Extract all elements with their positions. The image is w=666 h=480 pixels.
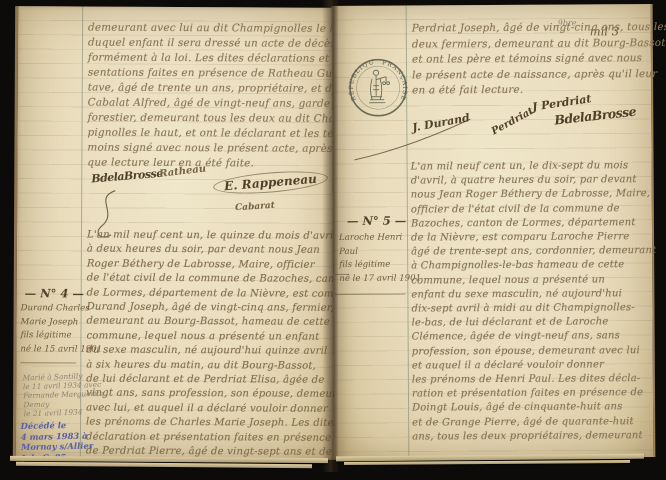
handwritten-line: commune, lequel nous a présenté un [411, 273, 649, 289]
act-5-number-label: — N° 5 — [347, 214, 406, 228]
handwritten-line: en a été fait lecture. [412, 82, 646, 99]
handwritten-line: déclaration et présentation faites en pr… [86, 430, 336, 446]
book-gutter-shadow [322, 0, 338, 472]
handwritten-line: L'an mil neuf cent un, le dix-sept du mo… [411, 159, 649, 175]
handwritten-line: le présent acte de naissance, après qu'i… [412, 67, 646, 84]
handwritten-line: dix-sept avril à midi au dit Champignoll… [411, 301, 649, 317]
handwritten-line: Clémence, âgée de vingt-neuf ans, sans [412, 329, 650, 345]
signature-rappeneau: E. Rappeneau [212, 168, 328, 197]
handwritten-line: deux fermiers, demeurant au dit Bourg-Ba… [412, 36, 646, 53]
act-4-text: L'an mil neuf cent un, le quinze du mois… [86, 229, 337, 461]
handwritten-line: fils légitime [339, 259, 401, 273]
handwritten-line: et auquel il a déclaré vouloir donner [412, 358, 650, 374]
signature-underline-flourish [352, 113, 472, 164]
act-3-closing-text: demeurant avec lui au dit Champignolles … [87, 21, 338, 172]
handwritten-line: de l'état civil de la commune de Bazoche… [87, 272, 337, 288]
handwritten-line: commune, lequel nous a présenté un enfan… [86, 329, 336, 345]
handwritten-line: Fernande Marguerite [23, 389, 83, 400]
handwritten-line: formément à la loi. Les dites déclaratio… [88, 51, 338, 67]
handwritten-line: Paul [339, 245, 401, 259]
act-4-closing-text: Perdriat Joseph, âgé de vingt-cinq ans, … [412, 20, 646, 99]
handwritten-line: les prénoms de Henri Paul. Les dites déc… [412, 372, 650, 388]
handwritten-line: ans, tous les deux propriétaires, demeur… [412, 429, 650, 445]
act-4-number-label: — N° 4 — [25, 286, 84, 300]
republique-francaise-stamp: RÉPUBLIQUE FRANÇAISE [346, 56, 410, 120]
handwritten-line: profession, son épouse, demeurant avec l… [412, 344, 650, 360]
stamp-figure [369, 70, 390, 103]
act-5-margin-name: Laroche HenriPaulfils légitimené le 17 a… [339, 232, 401, 286]
handwritten-line: Bazoches, canton de Lormes, département [411, 216, 649, 232]
handwritten-line: et de Grange Pierre, âgé de quarante-hui… [412, 415, 650, 431]
handwritten-line: L'an mil neuf cent un, le quinze du mois… [87, 229, 337, 245]
act-4-margin-name: Durand CharlesMarie Josephfils légitimen… [20, 302, 82, 356]
page-stack-edge [344, 460, 630, 465]
handwritten-line: demeurant au Bourg-Bassot, hameau de cet… [86, 315, 336, 331]
register-photo: demeurant avec lui au dit Champignolles … [0, 0, 666, 480]
handwritten-line: nous Jean Roger Béthery de Labrosse, Mai… [411, 187, 649, 203]
handwritten-line: Durand Charles [21, 302, 83, 316]
handwritten-line: avec lui, et auquel il a déclaré vouloir… [86, 401, 336, 417]
handwritten-line: à six heures du matin, au dit Bourg-Bass… [86, 358, 336, 374]
margin-divider-line [20, 362, 76, 363]
margin-divider-line [335, 294, 405, 295]
handwritten-line: à deux heures du soir, par devant nous J… [87, 243, 337, 259]
signature-cabarat: Cabarat [235, 201, 275, 214]
signature-perdriat: Perdriat [490, 106, 536, 138]
handwritten-line: du sexe masculin, né aujourd'hui quinze … [86, 344, 336, 360]
right-register-page: 9bre mil 3 RÉPUBLIQUE FRANÇAISE [332, 4, 656, 459]
handwritten-line: Roger Béthery de Labrosse, Maire, offici… [87, 257, 337, 273]
handwritten-line: forestier, demeurant tous les deux au di… [88, 111, 338, 127]
handwritten-line: de Lormes, département de la Nièvre, est… [87, 286, 337, 302]
handwritten-line: vingt ans, sans profession, son épouse, … [86, 387, 336, 403]
handwritten-line: les prénoms de Charles Marie Joseph. Les… [86, 416, 336, 432]
handwritten-line: sentations faites en présence de Ratheau… [88, 66, 338, 82]
handwritten-line: Perdriat Joseph, âgé de vingt-cinq ans, … [412, 20, 646, 37]
handwritten-line: d'avril, à quatre heures du soir, par de… [411, 173, 649, 189]
handwritten-line: le 21 avril 1934 [24, 407, 84, 418]
handwritten-line: Laroche Henri [339, 232, 401, 246]
handwritten-line: moins signé avec nous le présent acte, a… [87, 141, 337, 157]
handwritten-line: officier de l'état civil de la commune d… [411, 202, 649, 218]
handwritten-line: Durand Joseph, âgé de vingt-cinq ans, fe… [87, 301, 337, 317]
act-5-text: L'an mil neuf cent un, le dix-sept du mo… [411, 159, 651, 445]
handwritten-line: âgé de trente-sept ans, cordonnier, deme… [411, 244, 649, 260]
handwritten-line: duquel enfant il sera dressé un acte de … [88, 36, 338, 52]
handwritten-line: Cabalat Alfred, âgé de vingt-neuf ans, g… [88, 96, 338, 112]
handwritten-line: de la Nièvre, est comparu Laroche Pierre [411, 230, 649, 246]
handwritten-line: demeurant avec lui au dit Champignolles … [88, 21, 338, 37]
handwritten-line: de lui déclarant et de Perdriat Elisa, â… [86, 373, 336, 389]
handwritten-line: enfant du sexe masculin, né aujourd'hui [411, 287, 649, 303]
handwritten-line: Mornay s/Allier [21, 441, 85, 453]
handwritten-line: Marie Joseph [20, 316, 82, 330]
handwritten-line: pignolles le haut, et ont le déclarant e… [87, 126, 337, 142]
handwritten-line: tave, âgé de trente un ans, propriétaire… [88, 81, 338, 97]
handwritten-line: fils légitime [20, 329, 82, 343]
left-register-page: demeurant avec lui au dit Champignolles … [13, 6, 338, 460]
handwritten-line: Doingt Louis, âgé de cinquante-huit ans [412, 401, 650, 417]
handwritten-line: ration et présentation faites en présenc… [412, 386, 650, 402]
handwritten-line: à Champignolles-le-bas hameau de cette [411, 258, 649, 274]
pencil-marriage-note: Marié à Santillyle 11 avril 1934 avecFer… [22, 371, 83, 418]
handwritten-line: et ont les père et témoins signé avec no… [412, 51, 646, 68]
handwritten-line: le-bas, de lui déclarant et de Laroche [412, 315, 650, 331]
handwritten-line: né le 15 avril 1901 [20, 343, 82, 357]
